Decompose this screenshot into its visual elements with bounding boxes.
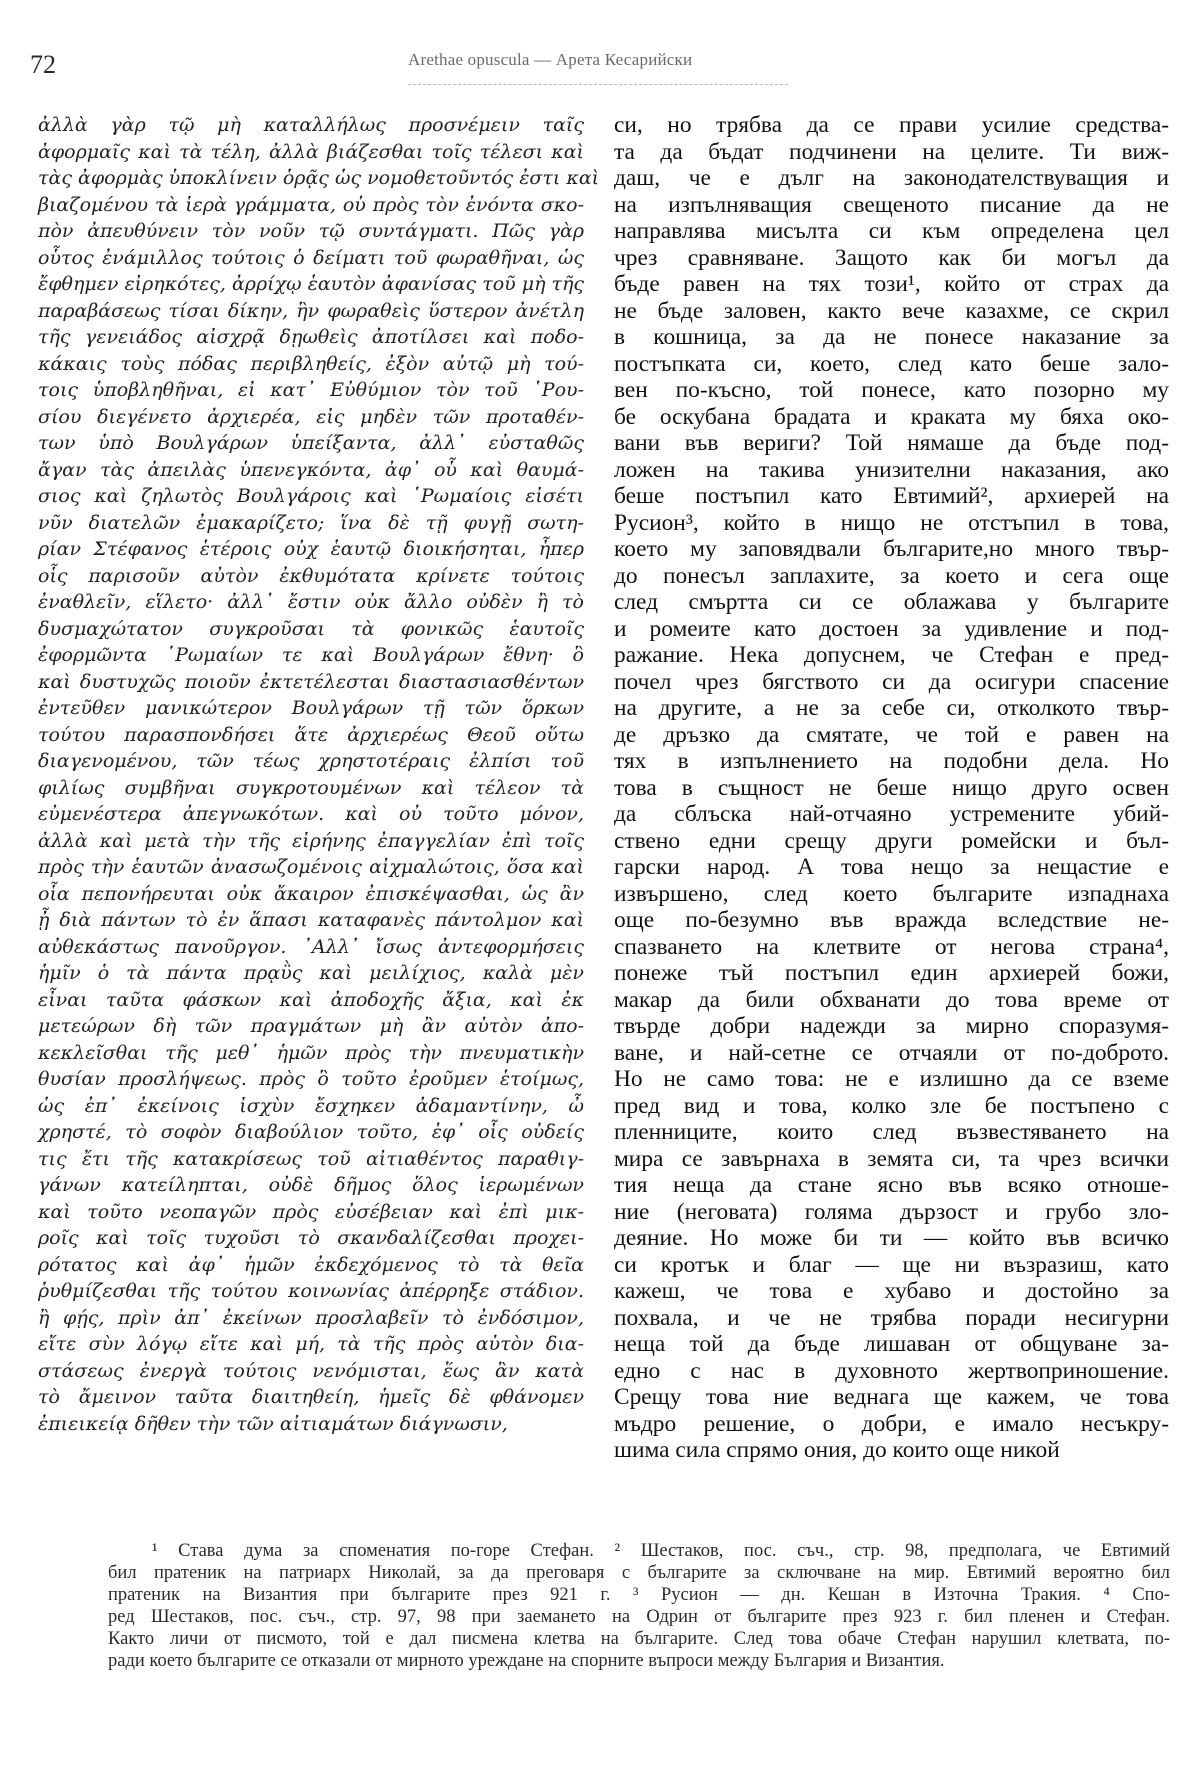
text-line: ражание. Нека допуснем, че Стефан е пред… xyxy=(614,642,1169,669)
text-line: де дръзко да смятате, че той е равен на xyxy=(614,722,1169,749)
text-line: βιαζομένου τὰ ἱερὰ γράμματα, οὐ πρὸς τὸν… xyxy=(38,192,584,219)
text-line: γάνων κατείληπται, οὐδὲ δῆμος ὅλος ἱερωμ… xyxy=(38,1172,584,1199)
text-line: до понесъл заплахите, за което и сега ощ… xyxy=(614,563,1169,590)
text-line: ὡς ἐπ᾽ ἐκείνοις ἰσχὺν ἔσχηκεν ἀδαμαντίνη… xyxy=(38,1093,584,1120)
text-line: шима сила спрямо ония, до които още нико… xyxy=(614,1437,1169,1464)
text-line: макар да били обхванати до това време от xyxy=(614,987,1169,1014)
text-line: δυσμαχώτατον συγκροῦσαι τὰ φονικῶς ἑαυτο… xyxy=(38,616,584,643)
text-line: деяние. Но може би ти — който във всичко xyxy=(614,1225,1169,1252)
text-line: τῆς γενειάδος αἰσχρᾷ δῃωθεὶς ἀποτίλσει κ… xyxy=(38,324,584,351)
text-line: понеже тъй постъпил един архиерей божи, xyxy=(614,960,1169,987)
text-line: ἐπιεικείᾳ δῆθεν τὴν τῶν αἰτιαμάτων διάγν… xyxy=(38,1411,584,1438)
text-line: ἄγαν τὰς ἀπειλὰς ὑπενεγκόντα, ἀφ᾽ οὗ καὶ… xyxy=(38,457,584,484)
text-line: οὗτος ἐνάμιλλος τούτοις ὁ δείματι τοῦ φω… xyxy=(38,245,584,272)
text-line: καὶ δυστυχῶς ποιοῦν ἐκτετέλεσται διαστασ… xyxy=(38,669,584,696)
text-line: бъде равен на тях този¹, който от страх … xyxy=(614,271,1169,298)
text-line: на другите, а не за себе си, отколкото т… xyxy=(614,695,1169,722)
text-line: гарски народ. А това нещо за нещастие е xyxy=(614,854,1169,881)
text-line: εὐμενέστερα ἀπεγνωκότων. καὶ οὐ τοῦτο μό… xyxy=(38,801,584,828)
text-line: ване, и най-сетне се отчаяли от по-добро… xyxy=(614,1040,1169,1067)
text-line: неща той да бъде лишаван от общуване за- xyxy=(614,1331,1169,1358)
text-line: οἷα πεπονήρευται οὐκ ἄκαιρον ἐπισκέψασθα… xyxy=(38,881,584,908)
text-line: това в същност не беше нищо друго освен xyxy=(614,775,1169,802)
text-line: αὐθεκάστως πανοῦργον. ᾽Αλλ᾽ ἴσως ἀντεφορ… xyxy=(38,934,584,961)
text-line: извършено, след което българите изпаднах… xyxy=(614,881,1169,908)
text-line: бе оскубана брадата и краката му бяха ок… xyxy=(614,404,1169,431)
text-line: παραβάσεως τίσαι δίκην, ἣν φωραθεὶς ὕστε… xyxy=(38,298,584,325)
text-line: διαγενομένου, τῶν τέως χρηστοτέραις ἐλπί… xyxy=(38,748,584,775)
text-line: пратеник на Византия при българите през … xyxy=(108,1584,1170,1606)
text-line: кажеш, че това е хубаво и достойно за xyxy=(614,1278,1169,1305)
text-line: εἴτε σὺν λόγῳ εἴτε καὶ μή, τὰ τῆς πρὸς α… xyxy=(38,1331,584,1358)
text-line: след смъртта си се облажава у българите xyxy=(614,589,1169,616)
footnotes: ¹ Става дума за споменатия по-горе Стефа… xyxy=(108,1540,1170,1672)
text-line: на изпълняващия свещеното писание да не xyxy=(614,192,1169,219)
text-line: твърде добри надежди за мирно споразумя- xyxy=(614,1013,1169,1040)
text-line: ἢ φῄς, πρὶν ἀπ᾽ ἐκείνων προσλαβεῖν τὸ ἐν… xyxy=(38,1305,584,1332)
bulgarian-translation-column: си, но трябва да се прави усилие средств… xyxy=(614,112,1169,1464)
text-line: вен по-късно, той понесе, като позорно м… xyxy=(614,377,1169,404)
header-rule xyxy=(408,84,788,86)
text-line: ред Шестаков, пос. съч., стр. 97, 98 при… xyxy=(108,1606,1170,1628)
text-line: ῥυθμίζεσθαι τῆς τούτου κοινωνίας ἀπέρρηξ… xyxy=(38,1278,584,1305)
text-line: των ὑπὸ Βουλγάρων ὑπείξαντα, ἀλλ᾽ εὐσταθ… xyxy=(38,430,584,457)
text-line: пред вид и това, колко зле бе постъпено … xyxy=(614,1093,1169,1120)
text-line: Както личи от писмото, той е дал писмена… xyxy=(108,1628,1170,1650)
page-number: 72 xyxy=(30,50,56,80)
text-line: още по-безумно във вражда вследствие не- xyxy=(614,907,1169,934)
text-line: похвала, и че не трябва поради несигурни xyxy=(614,1305,1169,1332)
text-line: направлява мисълта си към определена цел xyxy=(614,218,1169,245)
text-line: и ромеите като достоен за удивление и по… xyxy=(614,616,1169,643)
text-line: θυσίαν προσλήψεως. πρὸς ὃ τοῦτο ἐροῦμεν … xyxy=(38,1066,584,1093)
text-line: ροῖς καὶ τοῖς τυχοῦσι τὸ σκανδαλίζεσθαι … xyxy=(38,1225,584,1252)
text-line: τοις ὑποβληθῆναι, εἰ κατ᾽ Εὐθύμιον τὸν τ… xyxy=(38,377,584,404)
text-line: пленниците, които след възвестяването на xyxy=(614,1119,1169,1146)
text-line: ствено едни срещу други ромейски и бъл- xyxy=(614,828,1169,855)
text-line: πὸν ἀπευθύνειν τὸν νοῦν τῷ συντάγματι. Π… xyxy=(38,218,584,245)
text-line: вани във вериги? Той нямаше да бъде под- xyxy=(614,430,1169,457)
text-line: οἷς παρισοῦν αὐτὸν ἐκθυμότατα κρίνετε το… xyxy=(38,563,584,590)
text-line: τὸ ἄμεινον ταῦτα διαιτηθείη, ἡμεῖς δὲ φθ… xyxy=(38,1384,584,1411)
running-head: Arethae opuscula — Арета Кесарийски xyxy=(408,50,692,70)
text-line: тях в изпълнението на подобни дела. Но xyxy=(614,748,1169,775)
text-line: ¹ Става дума за споменатия по-горе Стефа… xyxy=(108,1540,1170,1562)
text-line: ради което българите се отказали от мирн… xyxy=(108,1650,1170,1672)
text-line: τούτου παρασπονδήσει ἅτε ἀρχιερέως Θεοῦ … xyxy=(38,722,584,749)
text-line: та да бъдат подчинени на целите. Ти виж- xyxy=(614,139,1169,166)
text-line: чрез сравняване. Защото как би могъл да xyxy=(614,245,1169,272)
text-line: ἀλλὰ γὰρ τῷ μὴ καταλλήλως προσνέμειν ταῖ… xyxy=(38,112,584,139)
text-line: не бъде заловен, както вече казахме, се … xyxy=(614,298,1169,325)
text-line: почел чрез бягството си да осигури спасе… xyxy=(614,669,1169,696)
text-line: беше постъпил като Евтимий², архиерей на xyxy=(614,483,1169,510)
text-line: καὶ τοῦτο νεοπαγῶν πρὸς εὐσέβειαν καὶ ἐπ… xyxy=(38,1199,584,1226)
text-line: ἔφθημεν εἰρηκότες, ἀρρίχῳ ἑαυτὸν ἀφανίσα… xyxy=(38,271,584,298)
text-line: ἐντεῦθεν μανικώτερον Βουλγάρων τῇ τῶν ὅρ… xyxy=(38,695,584,722)
text-line: χρηστέ, τὸ σοφὸν διαβούλιον τοῦτο, ἐφ᾽ ο… xyxy=(38,1119,584,1146)
text-line: ἐναθλεῖν, εἵλετο· ἀλλ᾽ ἔστιν οὐκ ἄλλο οὐ… xyxy=(38,589,584,616)
text-line: ᾖ διὰ πάντων τὸ ἐν ἅπασι καταφανὲς πάντο… xyxy=(38,907,584,934)
text-line: даш, че е дълг на законодателствуващия и xyxy=(614,165,1169,192)
text-line: κάκαις τοὺς πόδας περιβληθείς, ἐξὸν αὐτῷ… xyxy=(38,351,584,378)
text-line: ἐφορμῶντα ῾Ρωμαίων τε καὶ Βουλγάρων ἔθνη… xyxy=(38,642,584,669)
text-line: τὰς ἀφορμὰς ὑποκλίνειν ὁρᾷς ὡς νομοθετοῦ… xyxy=(38,165,584,192)
text-line: ρίαν Στέφανος ἑτέροις οὐχ ἑαυτῷ διοικήση… xyxy=(38,536,584,563)
text-line: σίου διεγένετο ἀρχιερέα, εἰς μηδὲν τῶν π… xyxy=(38,404,584,431)
text-line: спазването на клетвите от негова страна⁴… xyxy=(614,934,1169,961)
text-line: τις ἔτι τῆς κατακρίσεως τοῦ αἰτιαθέντος … xyxy=(38,1146,584,1173)
text-line: ρότατος καὶ ἀφ᾽ ἡμῶν ἐκδεχόμενος τὸ τὰ θ… xyxy=(38,1252,584,1279)
text-line: ние (неговата) голяма дързост и грубо зл… xyxy=(614,1199,1169,1226)
text-line: μετεώρων δὴ τῶν πραγμάτων μὴ ἂν αὐτὸν ἀπ… xyxy=(38,1013,584,1040)
text-line: κεκλεῖσθαι τῆς μεθ᾽ ἡμῶν πρὸς τὴν πνευμα… xyxy=(38,1040,584,1067)
text-line: σιος καὶ ζηλωτὸς Βουλγάροις καὶ ῾Ρωμαίοι… xyxy=(38,483,584,510)
text-line: στάσεως ἐνεργὰ τούτοις νενόμισται, ἕως ἂ… xyxy=(38,1358,584,1385)
text-line: мира се завърнаха в земята си, та чрез в… xyxy=(614,1146,1169,1173)
text-line: си кротък и благ — ще ни възразиш, като xyxy=(614,1252,1169,1279)
text-line: πρὸς τὴν ἑαυτῶν ἀνασωζομένοις αἰχμαλώτοι… xyxy=(38,854,584,881)
text-line: постъпката си, което, след като беше зал… xyxy=(614,351,1169,378)
text-line: да сблъска най-отчаяно устремените убий- xyxy=(614,801,1169,828)
text-line: тия неща да стане ясно във всяко отноше- xyxy=(614,1172,1169,1199)
text-line: едно с нас в духовното жертвоприношение. xyxy=(614,1358,1169,1385)
text-line: νῦν διατελῶν ἐμακαρίζετο; ἵνα δὲ τῇ φυγῇ… xyxy=(38,510,584,537)
greek-text-column: ἀλλὰ γὰρ τῷ μὴ καταλλήλως προσνέμειν ταῖ… xyxy=(38,112,584,1437)
text-line: ἡμῖν ὁ τὰ πάντα πρᾳῢς καὶ μειλίχιος, καλ… xyxy=(38,960,584,987)
text-line: εἶναι ταῦτα φάσκων καὶ ἀποδοχῆς ἄξια, κα… xyxy=(38,987,584,1014)
text-line: ἀλλὰ καὶ μετὰ τὴν τῆς εἰρήνης ἐπαγγελίαν… xyxy=(38,828,584,855)
text-line: Но не само това: не е излишно да се взем… xyxy=(614,1066,1169,1093)
text-line: в кошница, за да не понесе наказание за xyxy=(614,324,1169,351)
text-line: мъдро решение, о добри, е имало несъкру- xyxy=(614,1411,1169,1438)
text-line: което му заповядвали българите,но много … xyxy=(614,536,1169,563)
text-line: ложен на такива унизителни наказания, ак… xyxy=(614,457,1169,484)
text-line: Срещу това ние веднага ще кажем, че това xyxy=(614,1384,1169,1411)
text-line: ἀφορμαῖς καὶ τὰ τέλη, ἀλλὰ βιάζεσθαι τοῖ… xyxy=(38,139,584,166)
text-line: Русион³, който в нищо не отстъпил в това… xyxy=(614,510,1169,537)
text-line: бил пратеник на патриарх Николай, за да … xyxy=(108,1562,1170,1584)
text-line: си, но трябва да се прави усилие средств… xyxy=(614,112,1169,139)
text-line: φιλίως συμβῆναι συγκροτουμένων καὶ τέλεο… xyxy=(38,775,584,802)
